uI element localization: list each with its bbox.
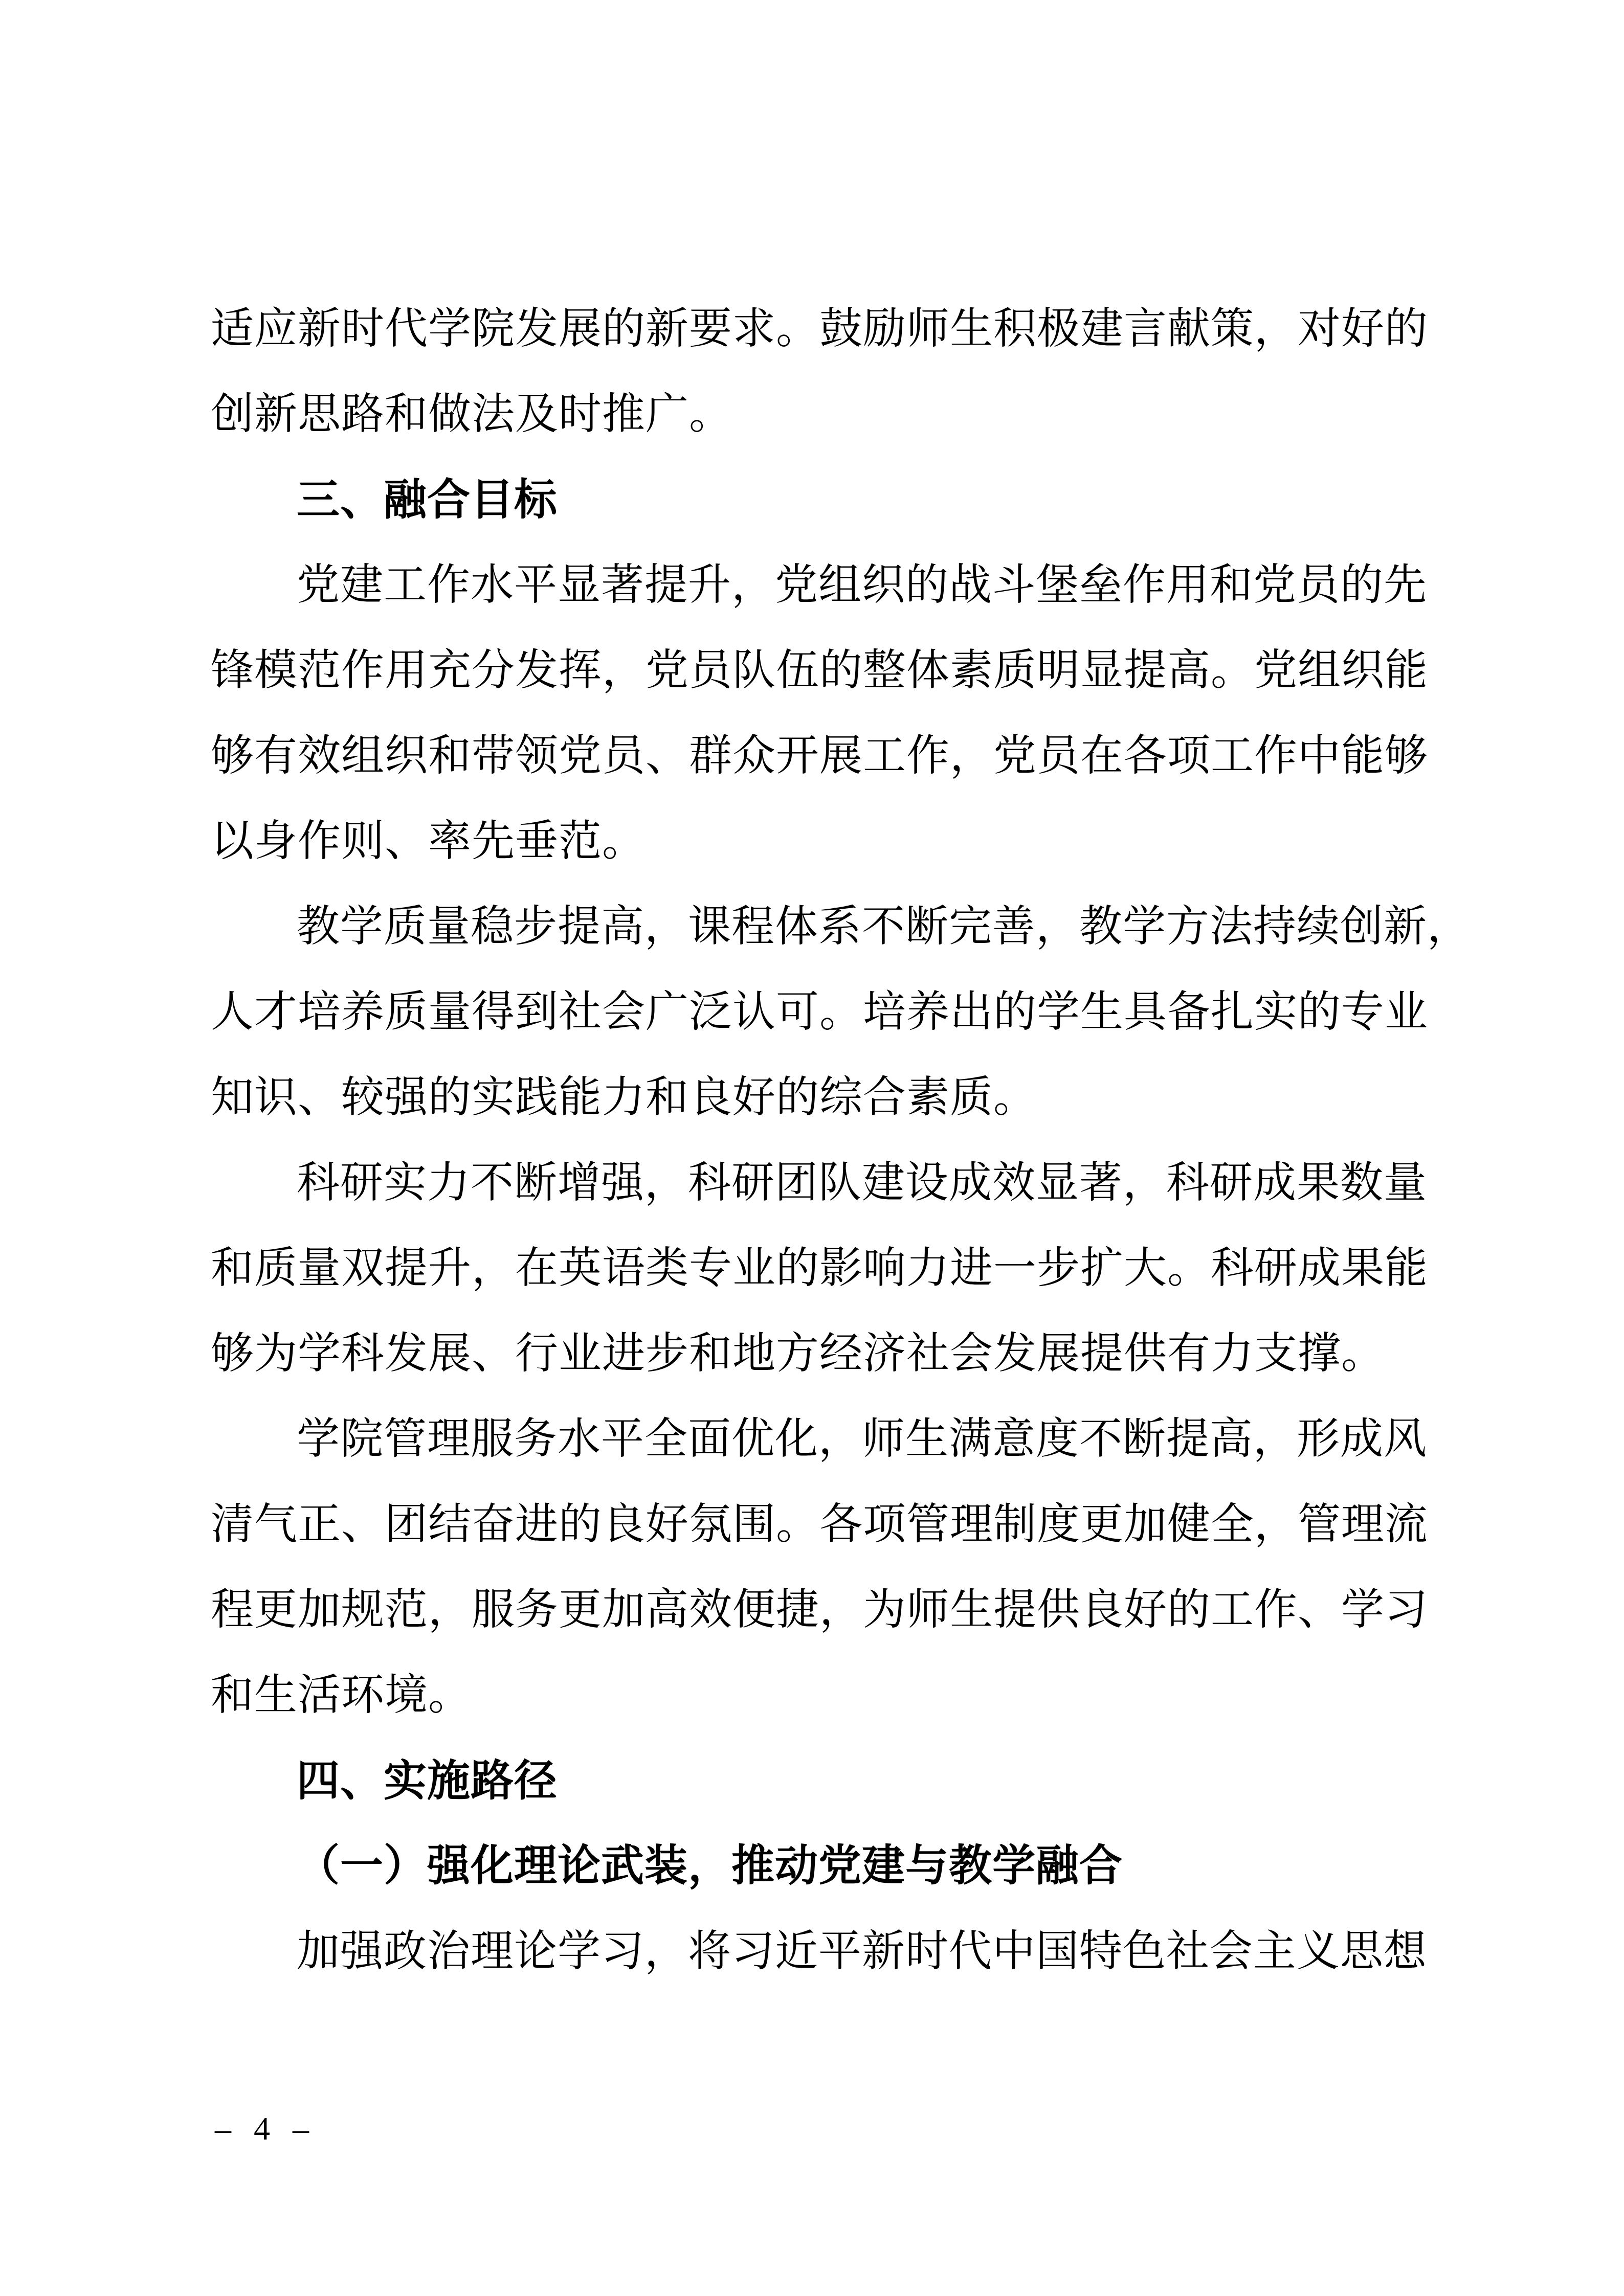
body-line: 学院管理服务水平全面优化，师生满意度不断提高，形成风 [211,1397,1461,1482]
body-line: 和生活环境。 [211,1653,1461,1738]
heading-implementation-path: 四、实施路径 [211,1738,1461,1824]
body-line: 够有效组织和带领党员、群众开展工作，党员在各项工作中能够 [211,713,1461,799]
body-line: 党建工作水平显著提升，党组织的战斗堡垒作用和党员的先 [211,543,1461,628]
body-line: 锋模范作用充分发挥，党员队伍的整体素质明显提高。党组织能 [211,628,1461,713]
body-line: 程更加规范，服务更加高效便捷，为师生提供良好的工作、学习 [211,1567,1461,1653]
page-number: – 4 – [215,2101,316,2157]
body-line: 和质量双提升，在英语类专业的影响力进一步扩大。科研成果能 [211,1226,1461,1311]
body-line: 教学质量稳步提高，课程体系不断完善，教学方法持续创新， [211,884,1461,970]
body-line: 以身作则、率先垂范。 [211,799,1461,884]
body-line: 适应新时代学院发展的新要求。鼓励师生积极建言献策，对好的 [211,286,1461,372]
body-line: 清气正、团结奋进的良好氛围。各项管理制度更加健全，管理流 [211,1482,1461,1567]
subheading-theory-arming: （一）强化理论武装，推动党建与教学融合 [211,1824,1461,1909]
body-line: 人才培养质量得到社会广泛认可。培养出的学生具备扎实的专业 [211,970,1461,1055]
body-line: 创新思路和做法及时推广。 [211,372,1461,457]
body-line: 科研实力不断增强，科研团队建设成效显著，科研成果数量 [211,1140,1461,1226]
body-line: 加强政治理论学习，将习近平新时代中国特色社会主义思想 [211,1909,1461,1994]
heading-fusion-goals: 三、融合目标 [211,457,1461,543]
document-page: 适应新时代学院发展的新要求。鼓励师生积极建言献策，对好的 创新思路和做法及时推广… [0,0,1624,2296]
body-line: 够为学科发展、行业进步和地方经济社会发展提供有力支撑。 [211,1311,1461,1397]
body-line: 知识、较强的实践能力和良好的综合素质。 [211,1055,1461,1140]
document-body: 适应新时代学院发展的新要求。鼓励师生积极建言献策，对好的 创新思路和做法及时推广… [211,286,1461,1994]
